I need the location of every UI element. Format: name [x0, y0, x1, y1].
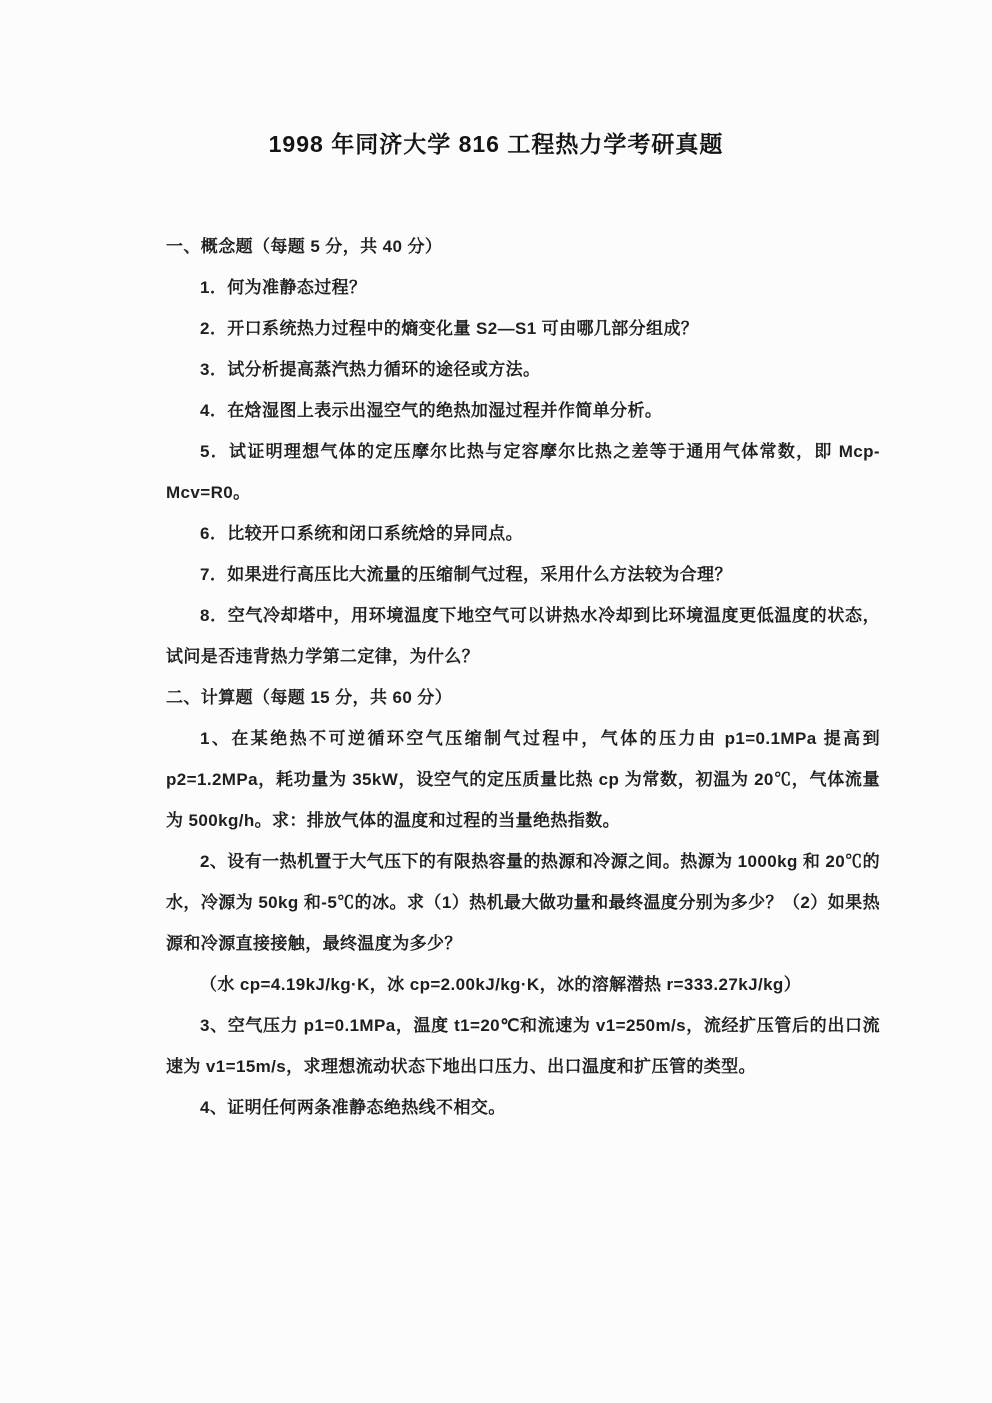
- question-item-1-3: 3．试分析提高蒸汽热力循环的途径或方法。: [166, 349, 880, 390]
- page-title: 1998 年同济大学 816 工程热力学考研真题: [0, 0, 992, 162]
- document-page: 1998 年同济大学 816 工程热力学考研真题 一、概念题（每题 5 分，共 …: [0, 0, 992, 1403]
- question-item-2-4: 4、证明任何两条准静态绝热线不相交。: [166, 1087, 880, 1128]
- question-item-1-5: 5．试证明理想气体的定压摩尔比热与定容摩尔比热之差等于通用气体常数，即 Mcp-…: [166, 431, 880, 513]
- question-item-1-1: 1．何为准静态过程？: [166, 267, 880, 308]
- section-2-heading: 二、计算题（每题 15 分，共 60 分）: [166, 677, 880, 718]
- section-1-heading: 一、概念题（每题 5 分，共 40 分）: [166, 226, 880, 267]
- question-item-1-7: 7．如果进行高压比大流量的压缩制气过程，采用什么方法较为合理？: [166, 554, 880, 595]
- question-item-1-8: 8．空气冷却塔中，用环境温度下地空气可以讲热水冷却到比环境温度更低温度的状态，试…: [166, 595, 880, 677]
- question-item-1-4: 4．在焓湿图上表示出湿空气的绝热加湿过程并作简单分析。: [166, 390, 880, 431]
- question-item-2-1: 1、在某绝热不可逆循环空气压缩制气过程中，气体的压力由 p1=0.1MPa 提高…: [166, 718, 880, 841]
- question-item-2-2: 2、设有一热机置于大气压下的有限热容量的热源和冷源之间。热源为 1000kg 和…: [166, 841, 880, 964]
- document-content: 一、概念题（每题 5 分，共 40 分） 1．何为准静态过程？ 2．开口系统热力…: [166, 226, 880, 1128]
- question-item-1-2: 2．开口系统热力过程中的熵变化量 S2—S1 可由哪几部分组成？: [166, 308, 880, 349]
- question-item-2-2-note: （水 cp=4.19kJ/kg·K，冰 cp=2.00kJ/kg·K，冰的溶解潜…: [166, 964, 880, 1005]
- question-item-2-3: 3、空气压力 p1=0.1MPa，温度 t1=20℃和流速为 v1=250m/s…: [166, 1005, 880, 1087]
- question-item-1-6: 6．比较开口系统和闭口系统焓的异同点。: [166, 513, 880, 554]
